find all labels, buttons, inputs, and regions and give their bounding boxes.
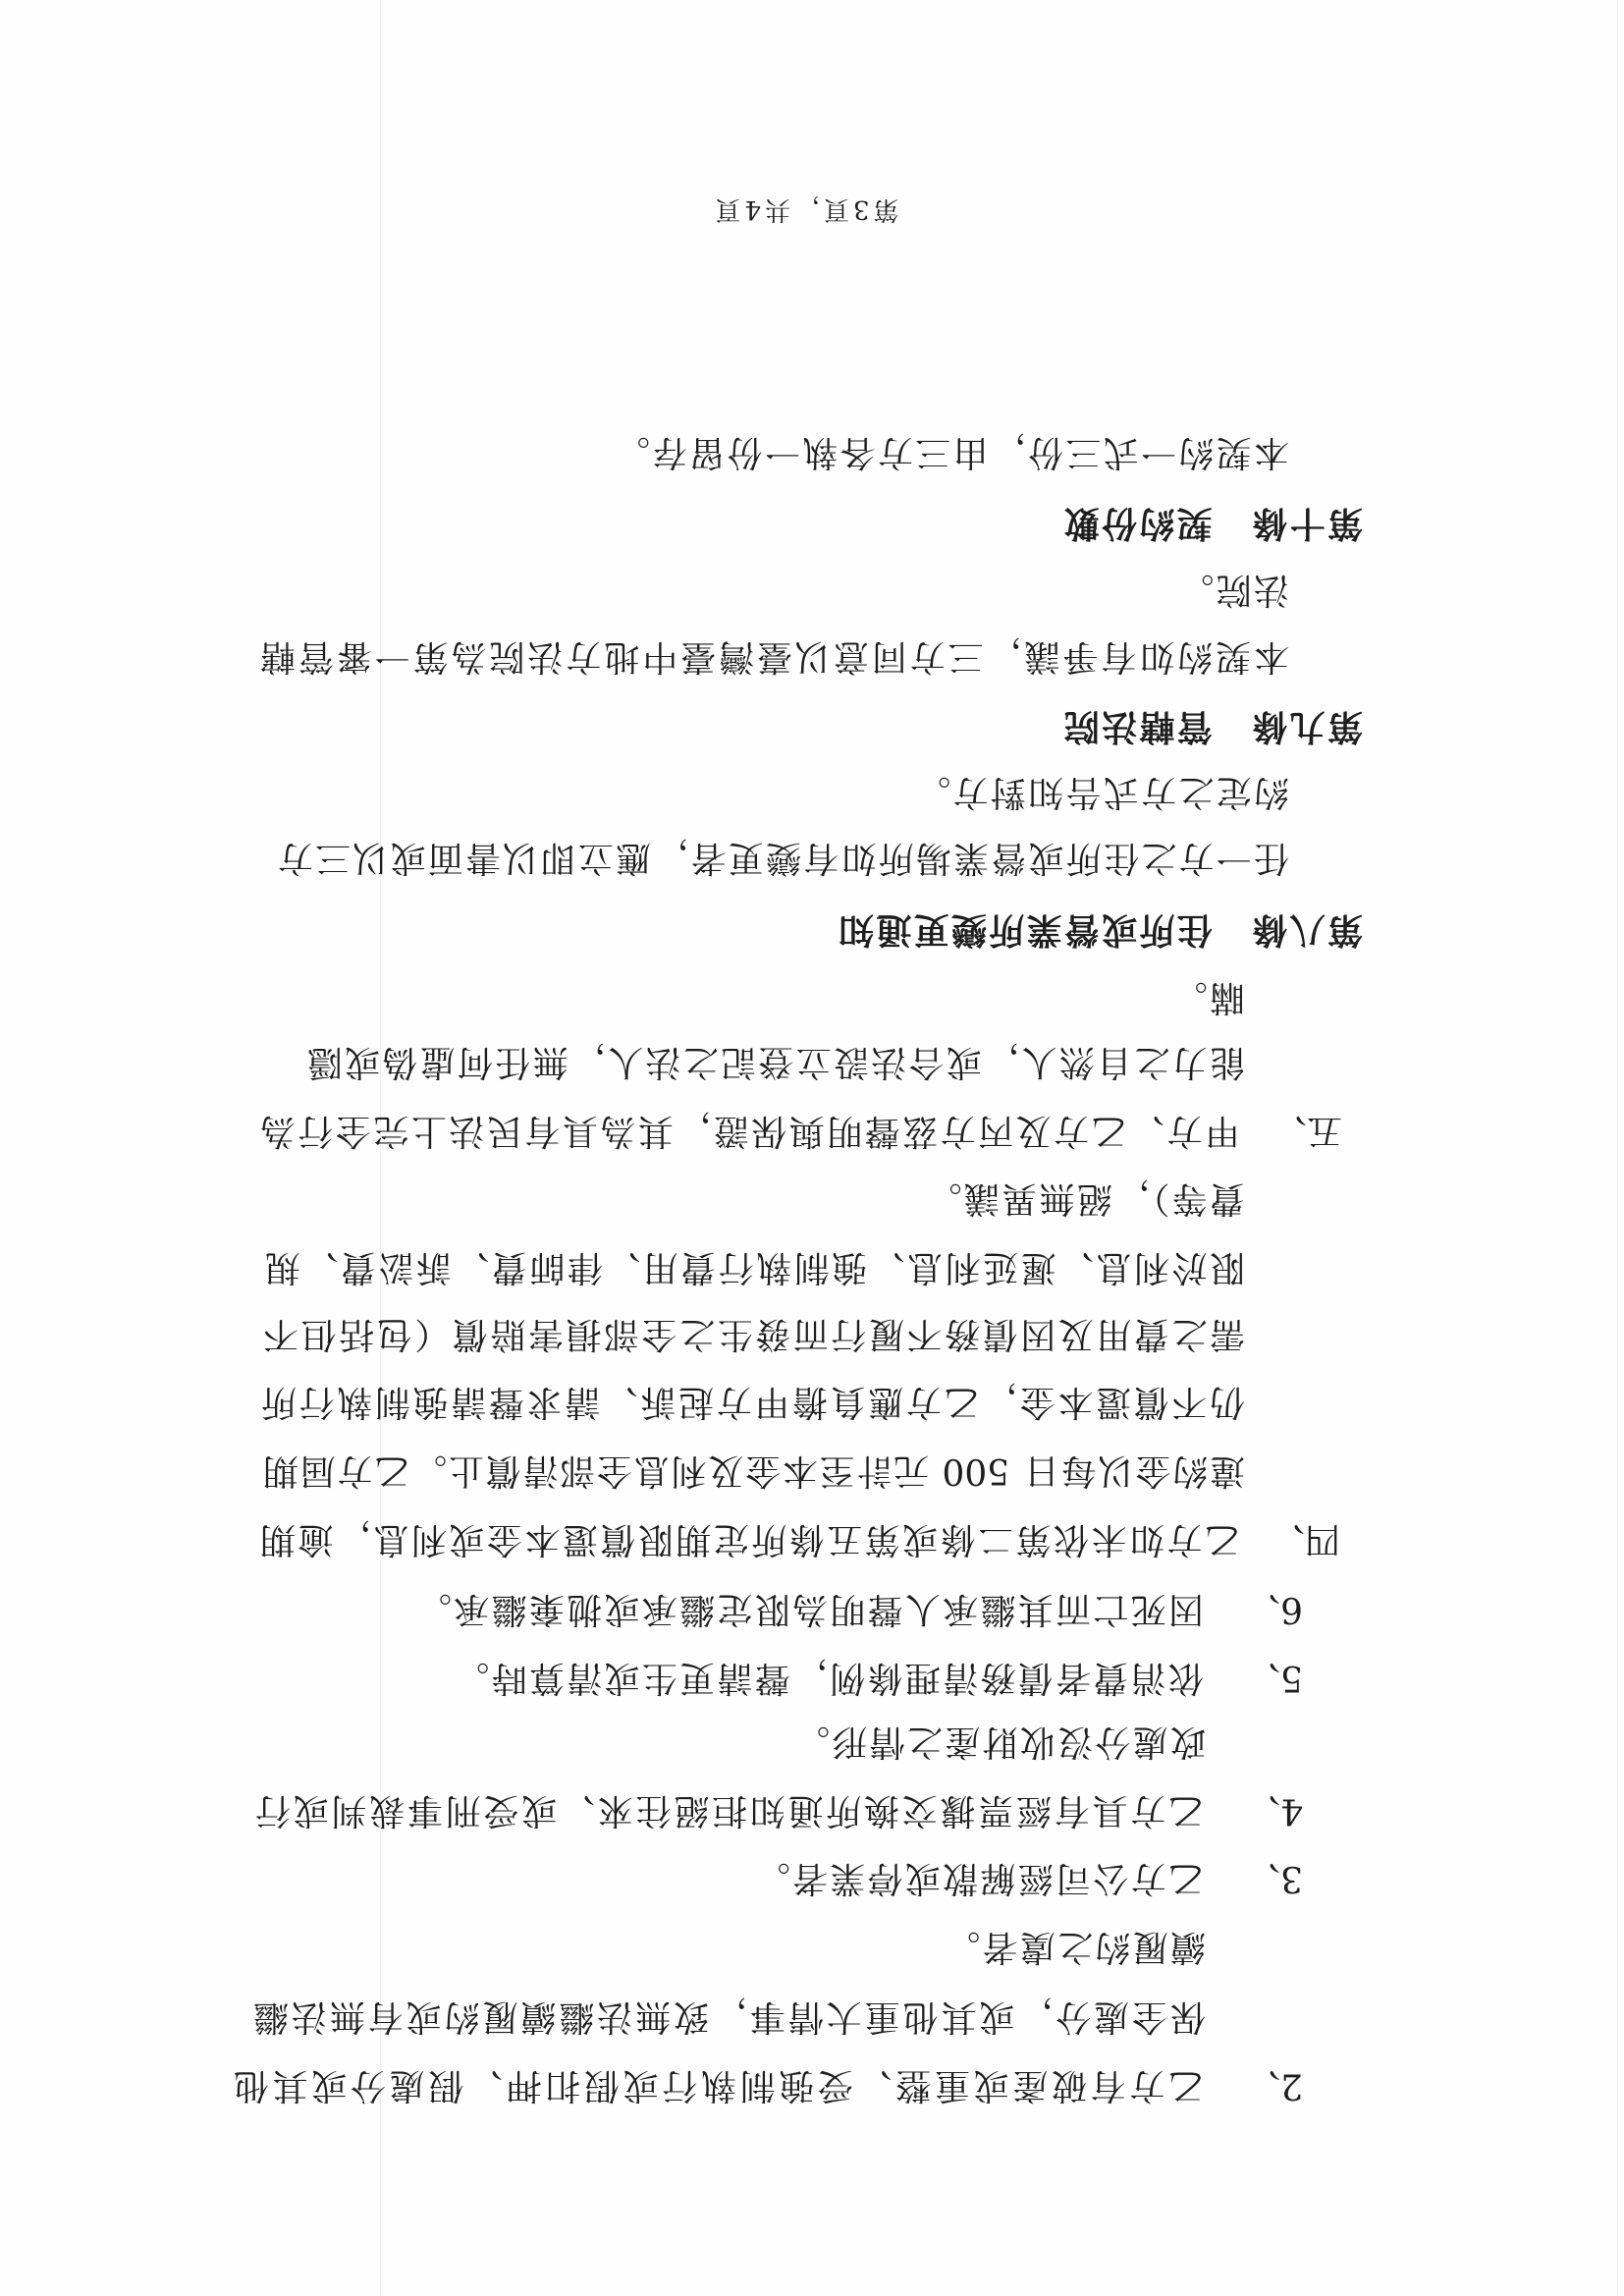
- item-line: 乙方具有經票據交換所通知拒絕往來、或受刑事裁判或行: [255, 1790, 1204, 1830]
- item-marker: 6、: [1245, 1589, 1303, 1628]
- clause-marker: 五、: [1272, 1111, 1342, 1150]
- clause-line: 違約金以每日 500 元計至本金及利息全部清償止。乙方屆期: [263, 1450, 1245, 1490]
- clause-line: 能力之自然人，或合法設立登記之法人，無任何虛偽或隱: [304, 1042, 1245, 1081]
- item-marker: 5、: [1245, 1658, 1303, 1697]
- article-heading: 第九條 管轄法院: [1062, 707, 1363, 746]
- clause-line: 乙方如未依第二條或第五條所定期限償還本金或利息，逾期: [260, 1519, 1240, 1558]
- article-line: 任一方之住所或營業場所如有變更者，應立即以書面或以三方: [278, 838, 1289, 877]
- clause-line: 瞞。: [1169, 977, 1245, 1016]
- item-line: 因死亡而其繼承人聲明為限定繼承或拋棄繼承。: [414, 1589, 1204, 1628]
- clause-line: 甲方、乙方及丙方茲聲明與保證，其為具有民法上完全行為: [260, 1111, 1240, 1150]
- item-marker: 3、: [1245, 1858, 1303, 1897]
- article-line: 本契約一式三份，由三方各執一份留存。: [613, 432, 1289, 471]
- item-line: 續履約之虞者。: [943, 1927, 1206, 1966]
- item-line: 乙方有破產或重整、受強制執行或假扣押、假處分或其他: [234, 2065, 1204, 2105]
- article-heading: 第八條 住所或營業所變更通知: [837, 910, 1363, 950]
- scanned-contract-page: 2、 乙方有破產或重整、受強制執行或假扣押、假處分或其他 保全處分，或其他重大情…: [0, 0, 1624, 2296]
- item-marker: 2、: [1245, 2065, 1303, 2105]
- article-heading: 第十條 契約份數: [1062, 504, 1363, 543]
- article-line: 約定之方式告知對方。: [913, 772, 1289, 811]
- clause-line: 仍不償還本金，乙方應負擔甲方起訴、請求聲請強制執行所: [261, 1382, 1245, 1421]
- item-line: 依消費者債務清理條例，聲請更生或清算時。: [452, 1658, 1204, 1697]
- item-line: 保全處分，或其他重大情事，致無法繼續履約或有無法繼: [253, 1996, 1206, 2036]
- item-line: 政處分沒收財產之情形。: [792, 1722, 1206, 1761]
- page-number-footer: 第3頁，共4頁: [687, 192, 923, 226]
- article-line: 法院。: [1176, 570, 1289, 609]
- article-line: 本契約如有爭議，三方同意以臺灣臺中地方法院為第一審管轄: [260, 636, 1289, 676]
- clause-line: 費等），絕無異議。: [924, 1178, 1245, 1218]
- item-line: 乙方公司經解散或停業者。: [752, 1858, 1204, 1897]
- scan-edge-line: [1617, 0, 1618, 2296]
- clause-line: 限於利息、遲延利息、強制執行費用、律師費、訴訟費、規: [265, 1247, 1245, 1286]
- item-marker: 4、: [1245, 1790, 1303, 1830]
- clause-line: 需之費用及因債務不履行而發生之全部損害賠償（包括但不: [263, 1314, 1245, 1353]
- clause-marker: 四、: [1270, 1519, 1340, 1558]
